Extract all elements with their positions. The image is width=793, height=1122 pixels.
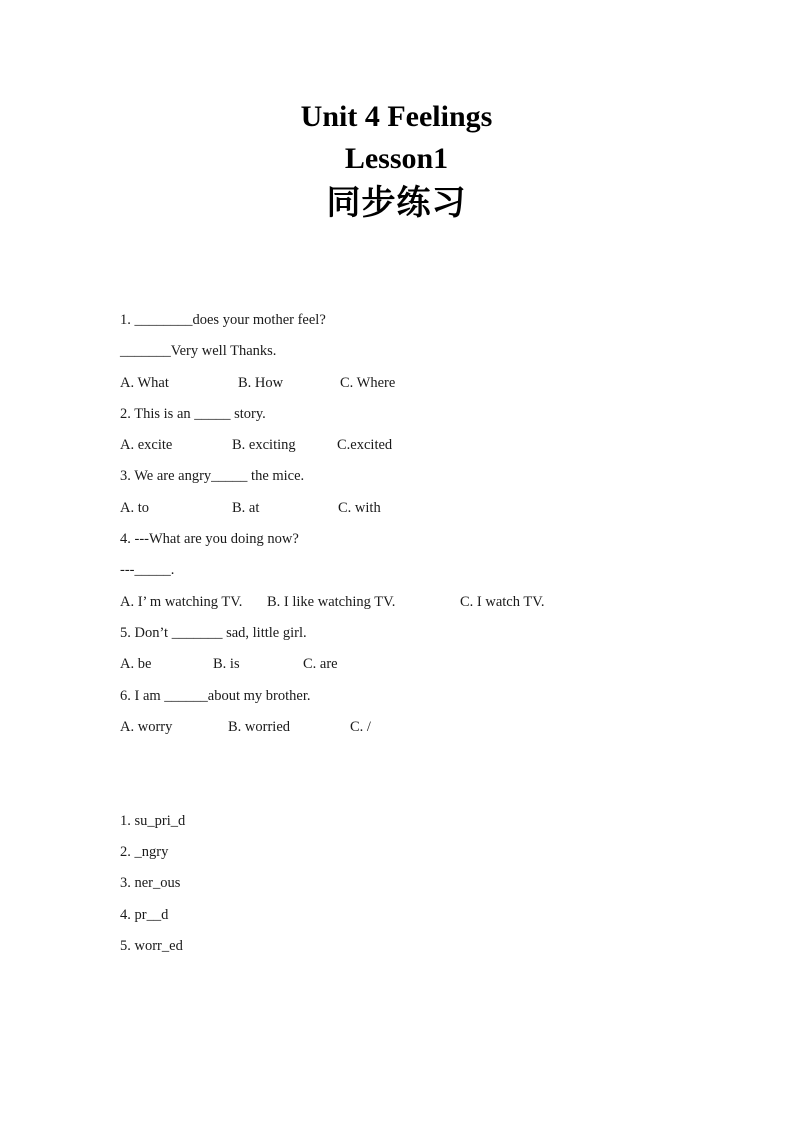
question-2-prompt: 2. This is an _____ story. xyxy=(120,399,740,430)
fill-in-item-4: 4. pr__d xyxy=(120,900,740,931)
question-1-options: A. What B. How C. Where xyxy=(120,368,740,399)
fill-in-item-5: 5. worr_ed xyxy=(120,931,740,962)
worksheet-page: Unit 4 Feelings Lesson1 同步练习 1. ________… xyxy=(0,0,793,1122)
option-a: A. to xyxy=(120,493,149,524)
question-3-options: A. to B. at C. with xyxy=(120,493,740,524)
option-a: A. be xyxy=(120,649,151,680)
option-b: B. I like watching TV. xyxy=(267,587,395,618)
question-4-prompt: 4. ---What are you doing now? xyxy=(120,524,740,555)
question-5-prompt: 5. Don’t _______ sad, little girl. xyxy=(120,618,740,649)
option-a: A. excite xyxy=(120,430,172,461)
option-c: C. Where xyxy=(340,368,395,399)
question-4-options: A. I’ m watching TV. B. I like watching … xyxy=(120,587,740,618)
option-c: C. I watch TV. xyxy=(460,587,544,618)
option-b: B. is xyxy=(213,649,240,680)
option-c: C.excited xyxy=(337,430,392,461)
worksheet-body: 1. ________does your mother feel? ______… xyxy=(120,305,740,962)
option-a: A. I’ m watching TV. xyxy=(120,587,242,618)
lesson-title: Lesson1 xyxy=(0,138,793,180)
unit-title: Unit 4 Feelings xyxy=(0,96,793,138)
blank-line xyxy=(120,774,740,805)
option-b: B. at xyxy=(232,493,259,524)
question-6-options: A. worry B. worried C. / xyxy=(120,712,740,743)
blank-line xyxy=(120,743,740,774)
option-c: C. with xyxy=(338,493,381,524)
option-c: C. / xyxy=(350,712,371,743)
title-block: Unit 4 Feelings Lesson1 同步练习 xyxy=(0,96,793,226)
question-4-response: ---_____. xyxy=(120,555,740,586)
option-b: B. worried xyxy=(228,712,290,743)
option-b: B. How xyxy=(238,368,283,399)
option-c: C. are xyxy=(303,649,338,680)
fill-in-item-1: 1. su_pri_d xyxy=(120,806,740,837)
option-a: A. What xyxy=(120,368,169,399)
question-3-prompt: 3. We are angry_____ the mice. xyxy=(120,461,740,492)
question-1-prompt: 1. ________does your mother feel? xyxy=(120,305,740,336)
option-b: B. exciting xyxy=(232,430,296,461)
question-6-prompt: 6. I am ______about my brother. xyxy=(120,681,740,712)
question-2-options: A. excite B. exciting C.excited xyxy=(120,430,740,461)
question-5-options: A. be B. is C. are xyxy=(120,649,740,680)
question-1-response: _______Very well Thanks. xyxy=(120,336,740,367)
fill-in-item-2: 2. _ngry xyxy=(120,837,740,868)
option-a: A. worry xyxy=(120,712,172,743)
fill-in-item-3: 3. ner_ous xyxy=(120,868,740,899)
exercise-title-chinese: 同步练习 xyxy=(0,180,793,226)
